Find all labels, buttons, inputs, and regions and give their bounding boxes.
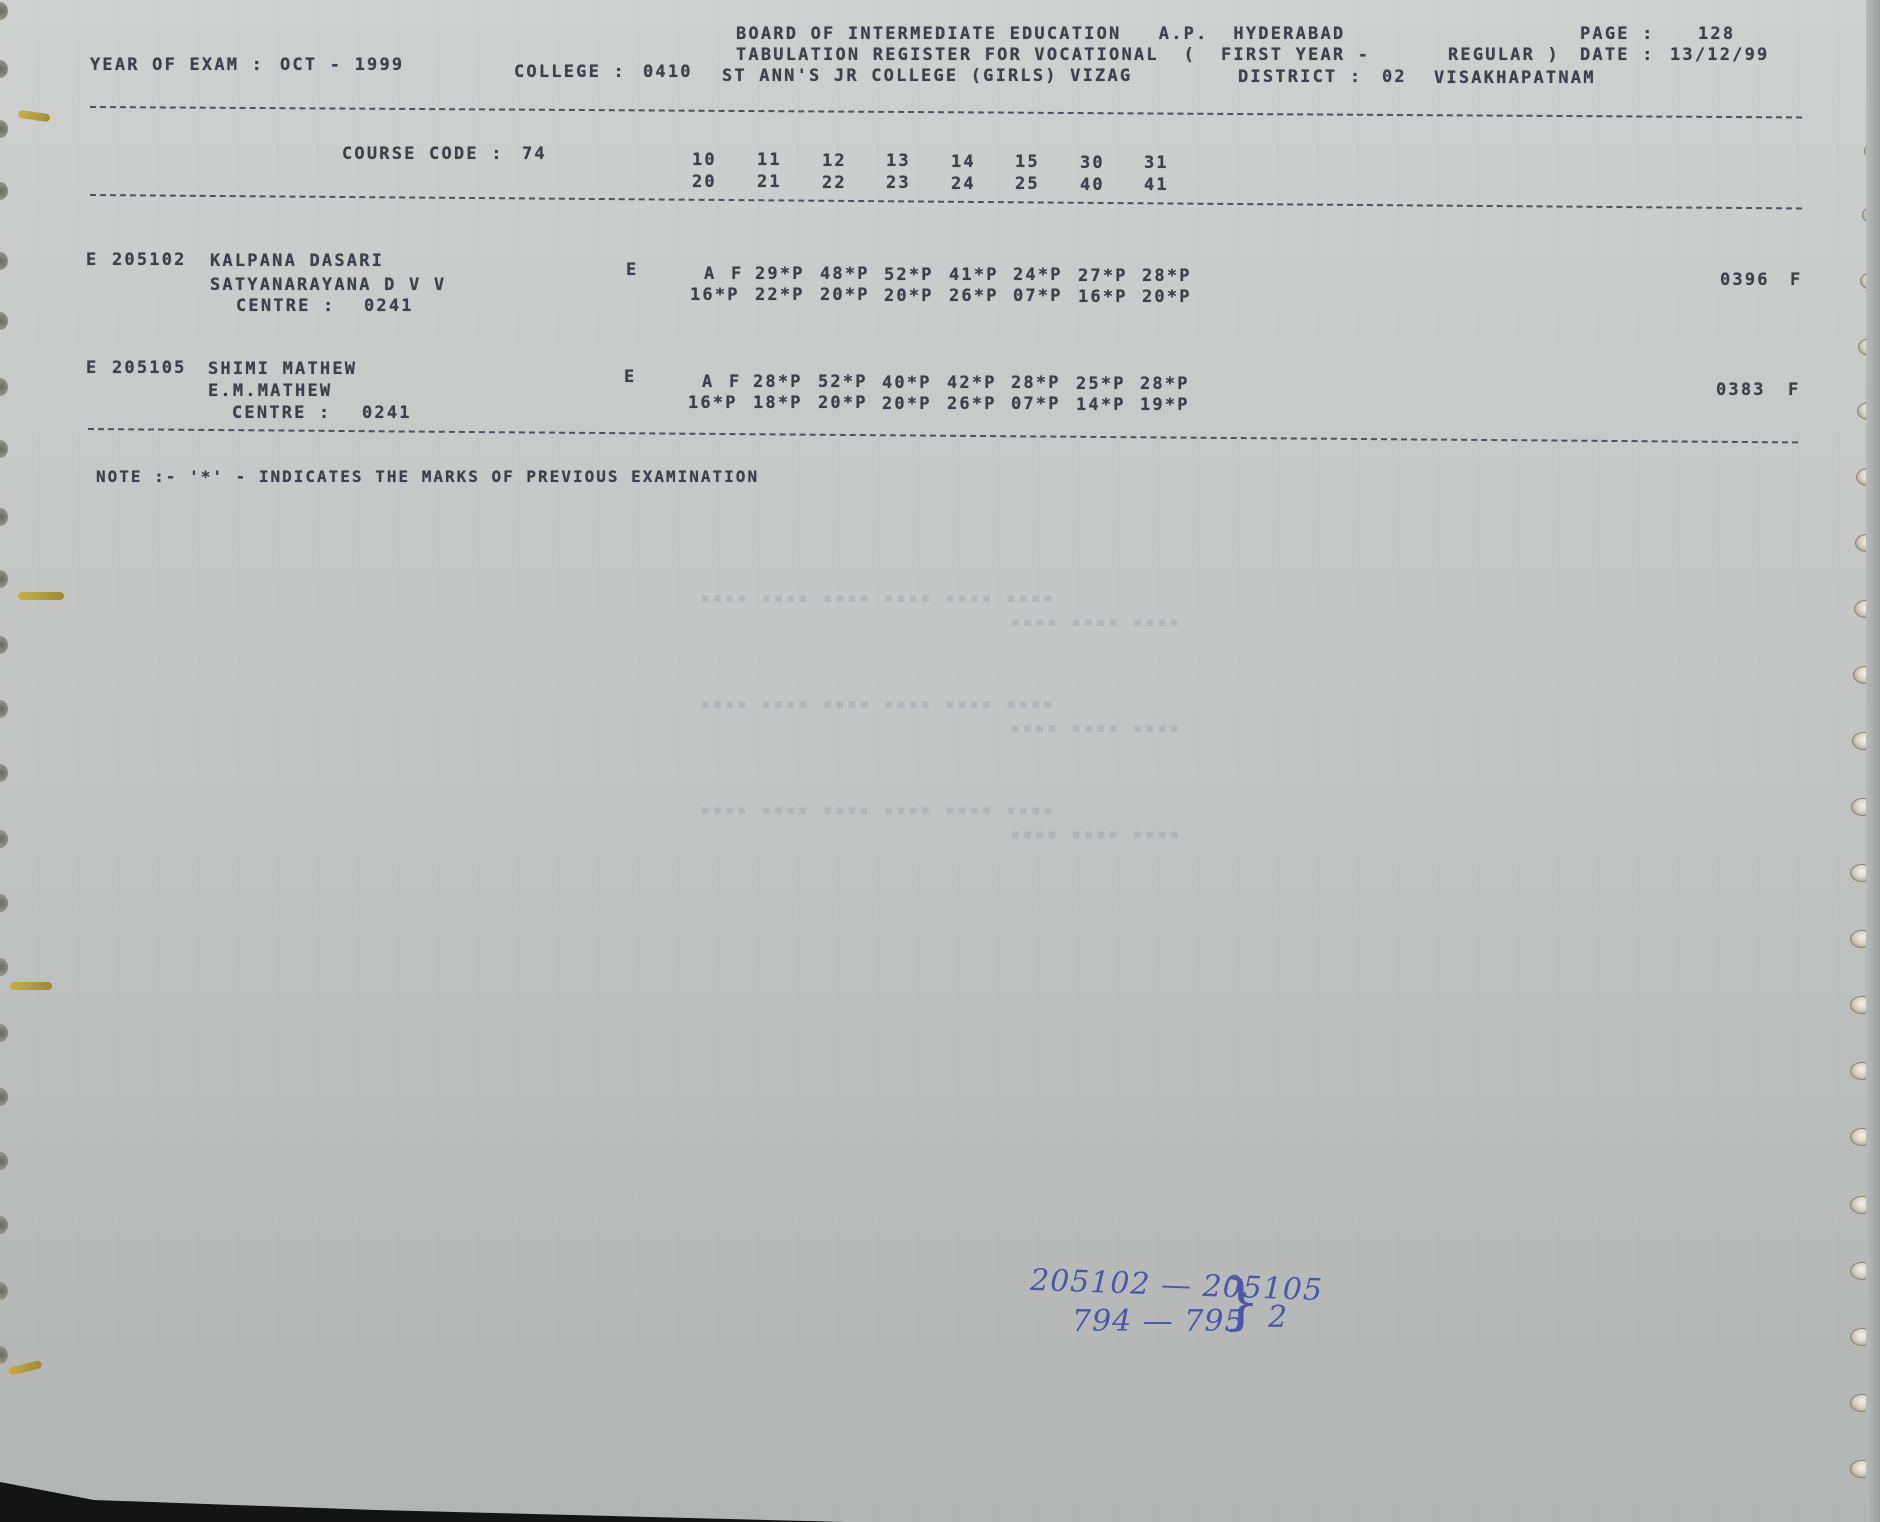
mark: 16*P — [690, 285, 740, 305]
tractor-hole-left — [0, 252, 8, 270]
table-surface — [0, 1482, 1880, 1522]
student-name: KALPANA DASARI — [210, 251, 384, 271]
tractor-hole-left — [0, 312, 8, 330]
footnote: NOTE :- '*' - INDICATES THE MARKS OF PRE… — [96, 467, 759, 487]
result-status: F — [1790, 270, 1802, 290]
mark: 16*P — [1078, 287, 1128, 307]
hall-ticket-number: 205105 — [112, 358, 187, 378]
mark: 52*P — [818, 372, 868, 392]
divider-line — [88, 428, 1798, 443]
page-label: PAGE : — [1580, 24, 1655, 44]
tractor-hole-left — [0, 1152, 8, 1170]
handwritten-page-range: 794 — 795 — [1072, 1304, 1245, 1339]
divider-line — [90, 194, 1802, 209]
subject-code: 21 — [757, 172, 782, 192]
tractor-hole-left — [0, 182, 8, 200]
register-title: TABULATION REGISTER FOR VOCATIONAL ( FIR… — [736, 45, 1370, 65]
tractor-hole-left — [0, 1024, 8, 1042]
tractor-hole-left — [0, 570, 8, 588]
subject-code: 10 — [692, 150, 717, 170]
tractor-hole-left — [0, 636, 8, 654]
show-through-text: ▪▪▪▪ ▪▪▪▪ ▪▪▪▪ — [1010, 612, 1181, 632]
tractor-hole-left — [0, 1216, 8, 1234]
subject-code: 40 — [1080, 175, 1105, 195]
subject-code: 25 — [1015, 174, 1040, 194]
tabulation-register-page: ▪▪▪▪ ▪▪▪▪ ▪▪▪▪ ▪▪▪▪ ▪▪▪▪ ▪▪▪▪ ▪▪▪▪ ▪▪▪▪ … — [0, 0, 1880, 1522]
show-through-text: ▪▪▪▪ ▪▪▪▪ ▪▪▪▪ ▪▪▪▪ ▪▪▪▪ ▪▪▪▪ — [700, 800, 1055, 820]
centre-code: 0241 — [364, 296, 414, 316]
tractor-hole-left — [0, 60, 8, 78]
centre-label: CENTRE : — [232, 403, 331, 423]
tractor-hole-left — [0, 1282, 8, 1300]
student-name: SHIMI MATHEW — [208, 359, 357, 379]
mark: 40*P — [882, 373, 932, 393]
paper-edge — [1866, 0, 1880, 1522]
binding-tape — [18, 110, 51, 122]
mark: 20*P — [1142, 287, 1192, 307]
mark: 19*P — [1140, 395, 1190, 415]
district-name: VISAKHAPATNAM — [1434, 68, 1596, 88]
binding-tape — [18, 592, 64, 600]
medium: E — [624, 367, 636, 387]
subject-code: 24 — [951, 174, 976, 194]
mark: F — [731, 264, 743, 284]
binding-tape — [8, 1360, 43, 1376]
tractor-hole-left — [0, 958, 8, 976]
mark: 52*P — [884, 265, 934, 285]
mark: 14*P — [1076, 395, 1126, 415]
mark: 22*P — [755, 285, 805, 305]
date-label: DATE : — [1580, 45, 1655, 65]
mark: 18*P — [753, 393, 803, 413]
exam-type: REGULAR ) — [1448, 45, 1560, 65]
mark: 28*P — [1011, 373, 1061, 393]
show-through-text: ▪▪▪▪ ▪▪▪▪ ▪▪▪▪ — [1010, 824, 1181, 844]
mark: F — [729, 372, 741, 392]
tractor-hole-left — [0, 378, 8, 396]
course-code-label: COURSE CODE : — [342, 144, 504, 164]
mark: 42*P — [947, 373, 997, 393]
show-through-text: ▪▪▪▪ ▪▪▪▪ ▪▪▪▪ ▪▪▪▪ ▪▪▪▪ ▪▪▪▪ — [700, 588, 1055, 608]
show-through-text: ▪▪▪▪ ▪▪▪▪ ▪▪▪▪ — [1010, 718, 1181, 738]
year-of-exam-label: YEAR OF EXAM : — [90, 55, 264, 75]
medium: E — [626, 260, 638, 280]
subject-code: 11 — [757, 150, 782, 170]
college-name: ST ANN'S JR COLLEGE (GIRLS) VIZAG — [722, 66, 1132, 86]
tractor-hole-left — [0, 1088, 8, 1106]
mark: 28*P — [753, 372, 803, 392]
tractor-hole-left — [0, 830, 8, 848]
mark: 20*P — [818, 393, 868, 413]
subject-code: 22 — [822, 173, 847, 193]
subject-code: 41 — [1144, 175, 1169, 195]
mark: 07*P — [1011, 394, 1061, 414]
tractor-hole-left — [0, 1346, 8, 1364]
tractor-hole-left — [0, 508, 8, 526]
year-of-exam-value: OCT - 1999 — [280, 55, 404, 75]
mark: 20*P — [882, 394, 932, 414]
mark: 26*P — [947, 394, 997, 414]
course-code-value: 74 — [522, 144, 547, 164]
subject-code: 20 — [692, 172, 717, 192]
subject-code: 30 — [1080, 153, 1105, 173]
centre-label: CENTRE : — [236, 296, 335, 316]
date-value: 13/12/99 — [1670, 45, 1769, 65]
total-marks: 0383 — [1716, 380, 1766, 400]
brace-mark: } — [1222, 1272, 1260, 1332]
mark: 29*P — [755, 264, 805, 284]
mark: A — [702, 372, 714, 392]
parent-name: SATYANARAYANA D V V — [210, 275, 446, 295]
centre-code: 0241 — [362, 403, 412, 423]
binding-tape — [10, 982, 52, 990]
total-marks: 0396 — [1720, 270, 1770, 290]
tractor-hole-left — [0, 2, 8, 20]
parent-name: E.M.MATHEW — [208, 381, 332, 401]
subject-code: 15 — [1015, 152, 1040, 172]
tractor-hole-left — [0, 120, 8, 138]
subject-code: 31 — [1144, 153, 1169, 173]
subject-code: 14 — [951, 152, 976, 172]
mark: 24*P — [1013, 265, 1063, 285]
mark: A — [704, 264, 716, 284]
mark: 16*P — [688, 393, 738, 413]
subject-code: 13 — [886, 151, 911, 171]
show-through-text: ▪▪▪▪ ▪▪▪▪ ▪▪▪▪ ▪▪▪▪ ▪▪▪▪ ▪▪▪▪ — [700, 694, 1055, 714]
subject-code: 12 — [822, 151, 847, 171]
student-prefix: E — [86, 250, 98, 270]
tractor-hole-left — [0, 764, 8, 782]
mark: 07*P — [1013, 286, 1063, 306]
handwritten-count: 2 — [1268, 1300, 1288, 1335]
mark: 48*P — [820, 264, 870, 284]
mark: 27*P — [1078, 266, 1128, 286]
mark: 20*P — [820, 285, 870, 305]
mark: 28*P — [1140, 374, 1190, 394]
college-code: 0410 — [643, 62, 693, 82]
mark: 20*P — [884, 286, 934, 306]
mark: 26*P — [949, 286, 999, 306]
district-code: 02 — [1382, 67, 1407, 87]
subject-code: 23 — [886, 173, 911, 193]
mark: 28*P — [1142, 266, 1192, 286]
college-label: COLLEGE : — [514, 62, 626, 82]
tractor-hole-left — [0, 700, 8, 718]
tractor-hole-left — [0, 894, 8, 912]
tractor-hole-left — [0, 440, 8, 458]
page-number: 128 — [1698, 24, 1735, 44]
board-title: BOARD OF INTERMEDIATE EDUCATION A.P. HYD… — [736, 24, 1345, 44]
student-prefix: E — [86, 358, 98, 378]
mark: 41*P — [949, 265, 999, 285]
mark: 25*P — [1076, 374, 1126, 394]
result-status: F — [1788, 380, 1800, 400]
district-label: DISTRICT : — [1238, 67, 1362, 87]
hall-ticket-number: 205102 — [112, 250, 187, 270]
divider-line — [90, 106, 1802, 118]
